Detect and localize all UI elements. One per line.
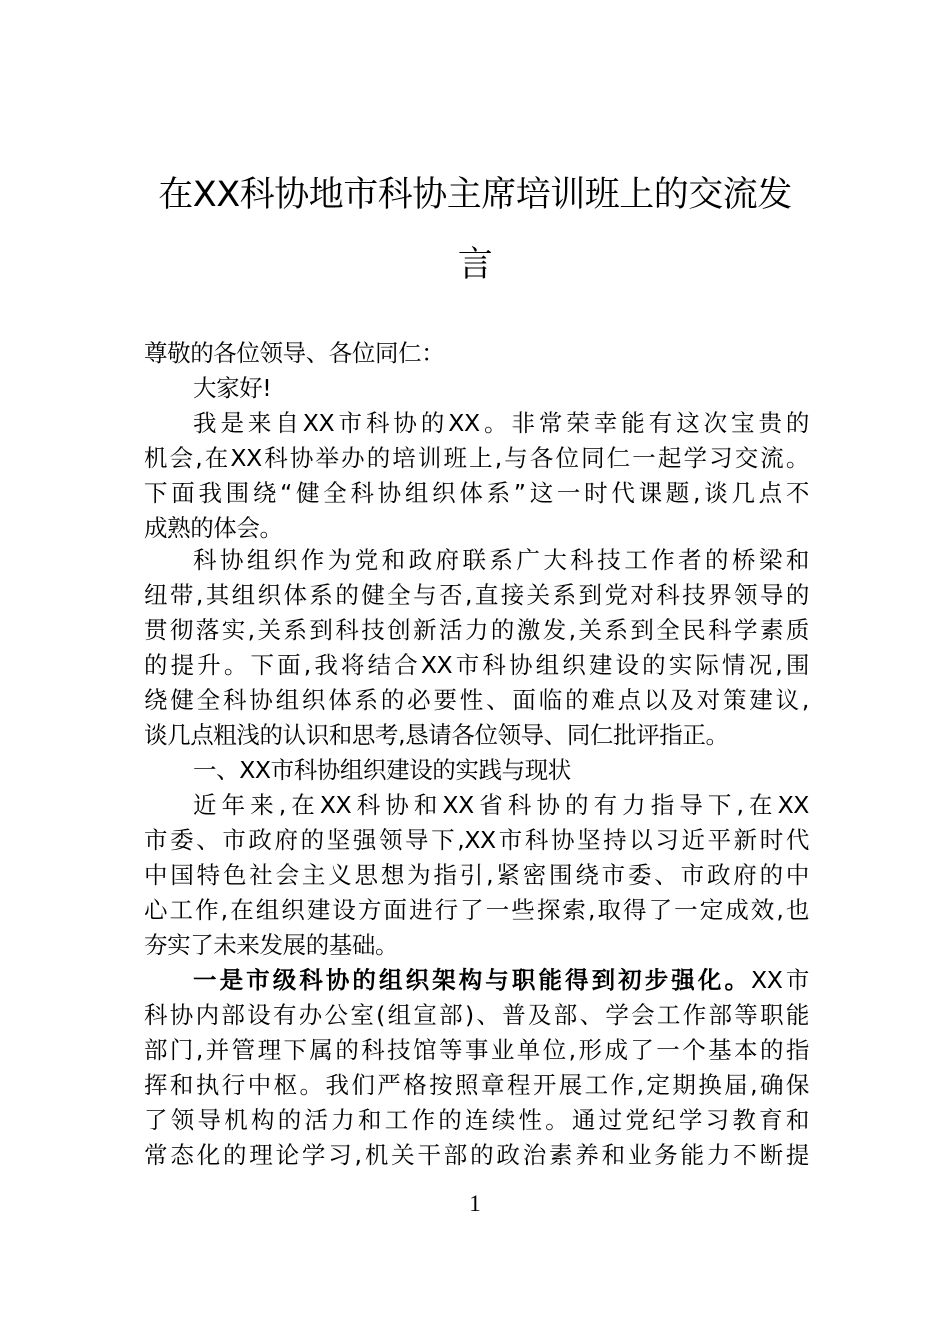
paragraph-2-line-5: 绕健全科协组织体系的必要性、面临的难点以及对策建议, (144, 685, 809, 715)
paragraph-1-line-3: 下面我围绕“健全科协组织体系”这一时代课题,谈几点不 (144, 478, 809, 508)
page-number: 1 (0, 1190, 950, 1218)
paragraph-3-line-2: 市委、市政府的坚强领导下,XX市科协坚持以习近平新时代 (144, 825, 809, 855)
paragraph-4-line-1-tail: XX市 (751, 966, 809, 994)
paragraph-4-line-1: 一是市级科协的组织架构与职能得到初步强化。XX市 (193, 965, 809, 995)
document-title-line-2: 言 (140, 248, 810, 283)
paragraph-2-line-4: 的提升。下面,我将结合XX市科协组织建设的实际情况,围 (144, 650, 809, 680)
paragraph-2-line-1: 科协组织作为党和政府联系广大科技工作者的桥梁和 (193, 545, 809, 575)
paragraph-4-line-2: 科协内部设有办公室(组宣部)、普及部、学会工作部等职能 (144, 1000, 809, 1030)
paragraph-4-line-6: 常态化的理论学习,机关干部的政治素养和业务能力不断提 (144, 1140, 809, 1170)
paragraph-3-line-4: 心工作,在组织建设方面进行了一些探索,取得了一定成效,也 (144, 895, 809, 925)
paragraph-1-line-4: 成熟的体会。 (144, 513, 809, 543)
paragraph-3-line-3: 中国特色社会主义思想为指引,紧密围绕市委、市政府的中 (144, 860, 809, 890)
document-title-line-1: 在XX科协地市科协主席培训班上的交流发 (140, 178, 810, 213)
greeting: 大家好! (193, 373, 809, 403)
paragraph-4-line-5: 了领导机构的活力和工作的连续性。通过党纪学习教育和 (144, 1105, 809, 1135)
paragraph-4-line-3: 部门,并管理下属的科技馆等事业单位,形成了一个基本的指 (144, 1035, 809, 1065)
salutation: 尊敬的各位领导、各位同仁： (144, 338, 809, 368)
paragraph-2-line-6: 谈几点粗浅的认识和思考,恳请各位领导、同仁批评指正。 (144, 720, 809, 750)
paragraph-3-line-5: 夯实了未来发展的基础。 (144, 930, 809, 960)
bold-lead-sentence: 一是市级科协的组织架构与职能得到初步强化。 (193, 966, 751, 994)
paragraph-2-line-3: 贯彻落实,关系到科技创新活力的激发,关系到全民科学素质 (144, 615, 809, 645)
document-page: 在XX科协地市科协主席培训班上的交流发 言 尊敬的各位领导、各位同仁： 大家好!… (0, 0, 950, 1344)
section-heading-1: 一、XX市科协组织建设的实践与现状 (193, 755, 809, 785)
paragraph-2-line-2: 纽带,其组织体系的健全与否,直接关系到党对科技界领导的 (144, 580, 809, 610)
paragraph-1-line-1: 我是来自XX市科协的XX。非常荣幸能有这次宝贵的 (193, 408, 809, 438)
paragraph-3-line-1: 近年来,在XX科协和XX省科协的有力指导下,在XX (193, 790, 809, 820)
paragraph-4-line-4: 挥和执行中枢。我们严格按照章程开展工作,定期换届,确保 (144, 1070, 809, 1100)
paragraph-1-line-2: 机会,在XX科协举办的培训班上,与各位同仁一起学习交流。 (144, 443, 809, 473)
